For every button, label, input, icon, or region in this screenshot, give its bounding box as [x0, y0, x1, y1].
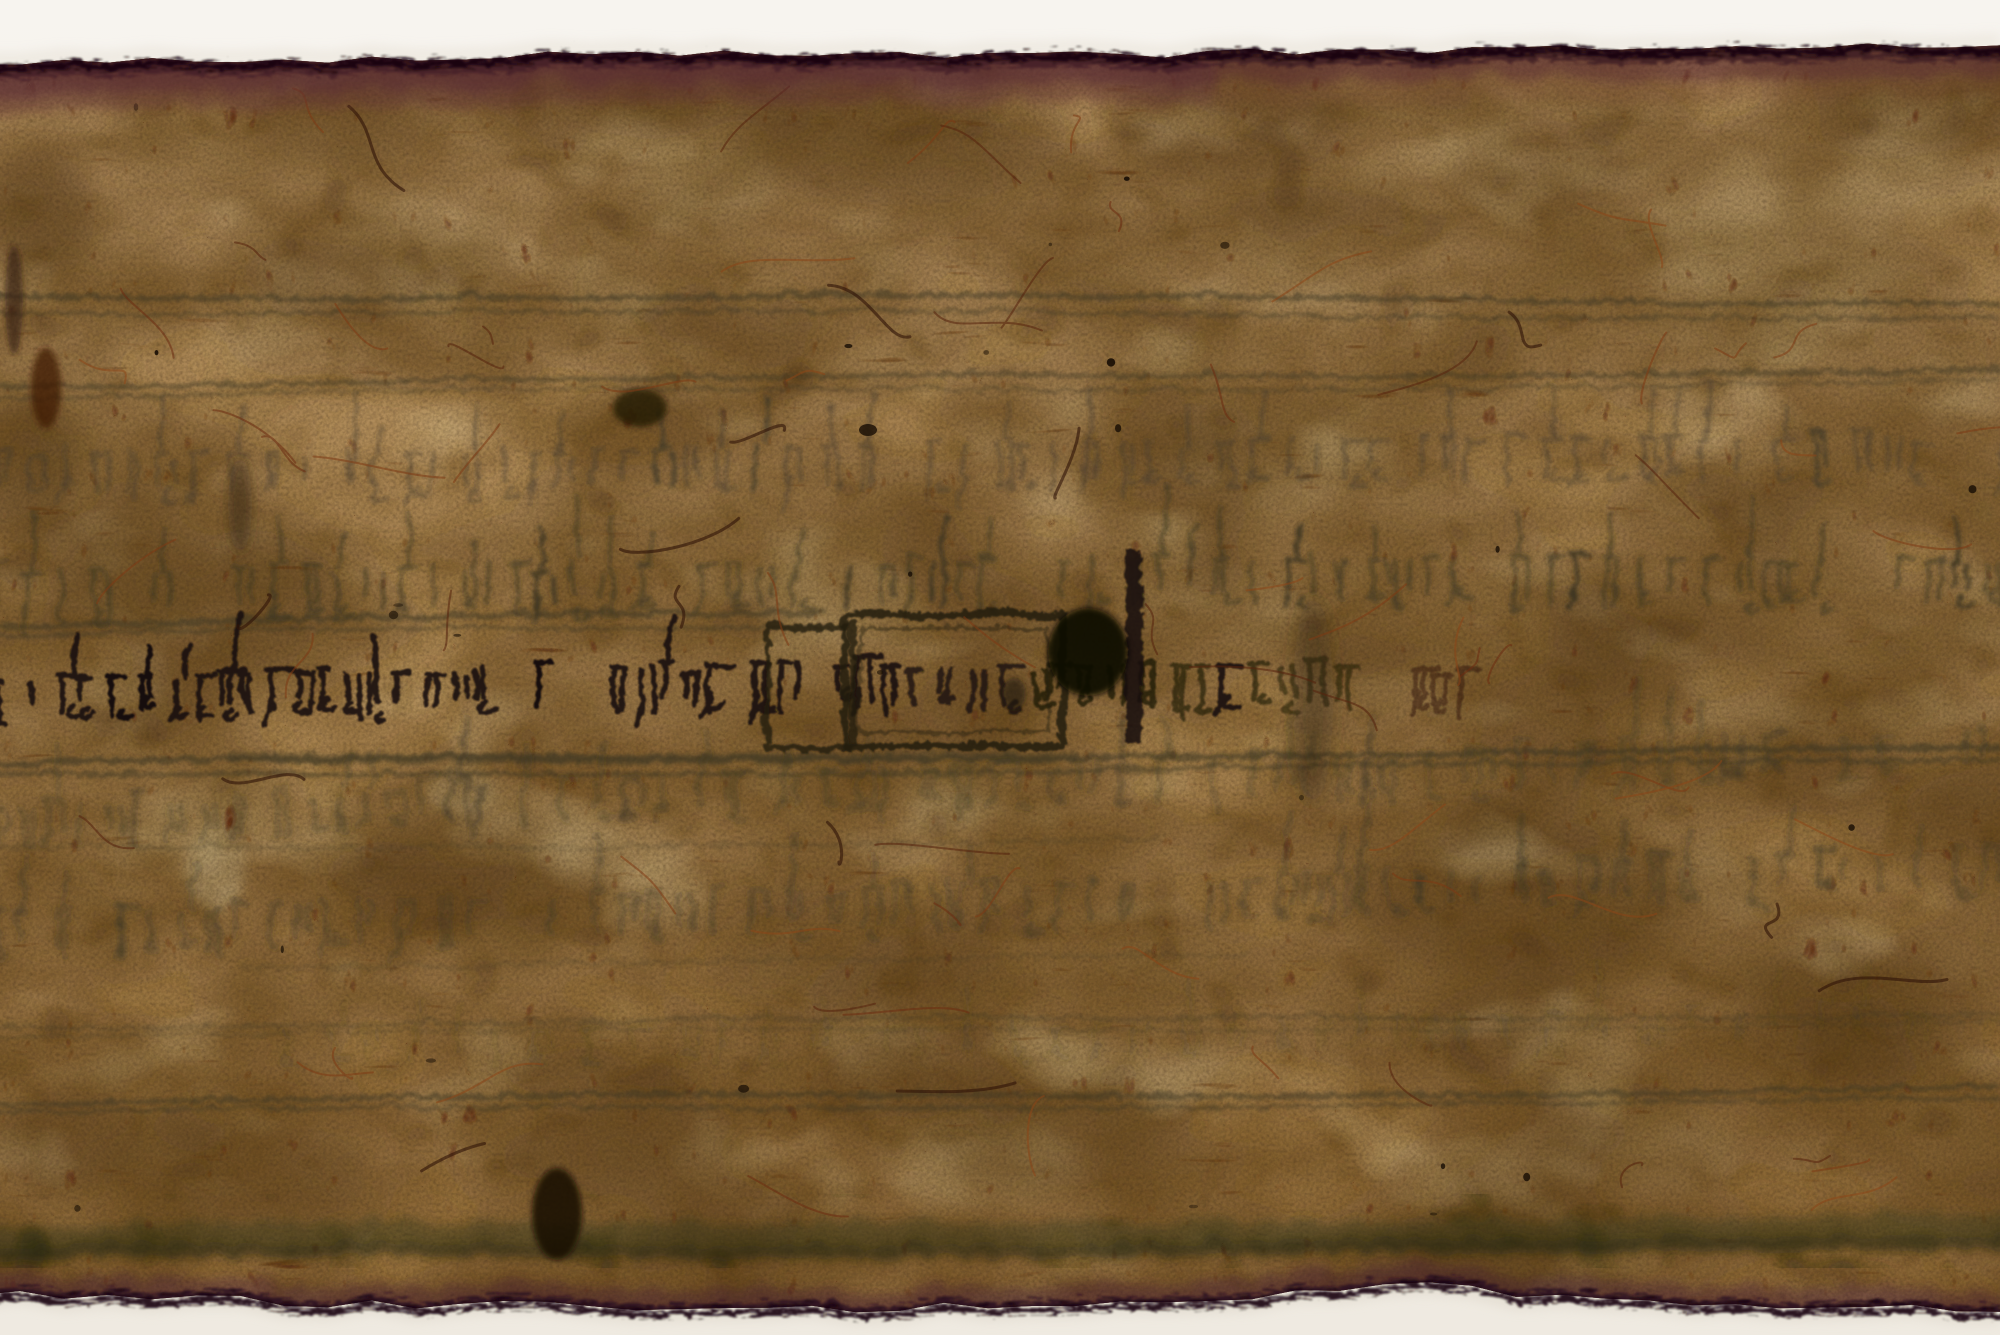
ink-blot — [859, 424, 877, 436]
ink-blot — [5, 245, 23, 355]
ink-blot — [1293, 595, 1333, 805]
manuscript-sheet — [0, 20, 2000, 1320]
ink-blot — [532, 1168, 582, 1260]
ink-blot — [228, 457, 252, 553]
ink-blot — [31, 348, 61, 428]
heavy-ink-bar — [1131, 548, 1133, 740]
ink-blot — [613, 389, 667, 427]
ink-blot — [1048, 608, 1128, 696]
ink-blot — [1002, 678, 1026, 710]
manuscript-photo-canvas — [0, 0, 2000, 1335]
manuscript-photograph: Backlit photograph of a single aged manu… — [0, 0, 2000, 1335]
